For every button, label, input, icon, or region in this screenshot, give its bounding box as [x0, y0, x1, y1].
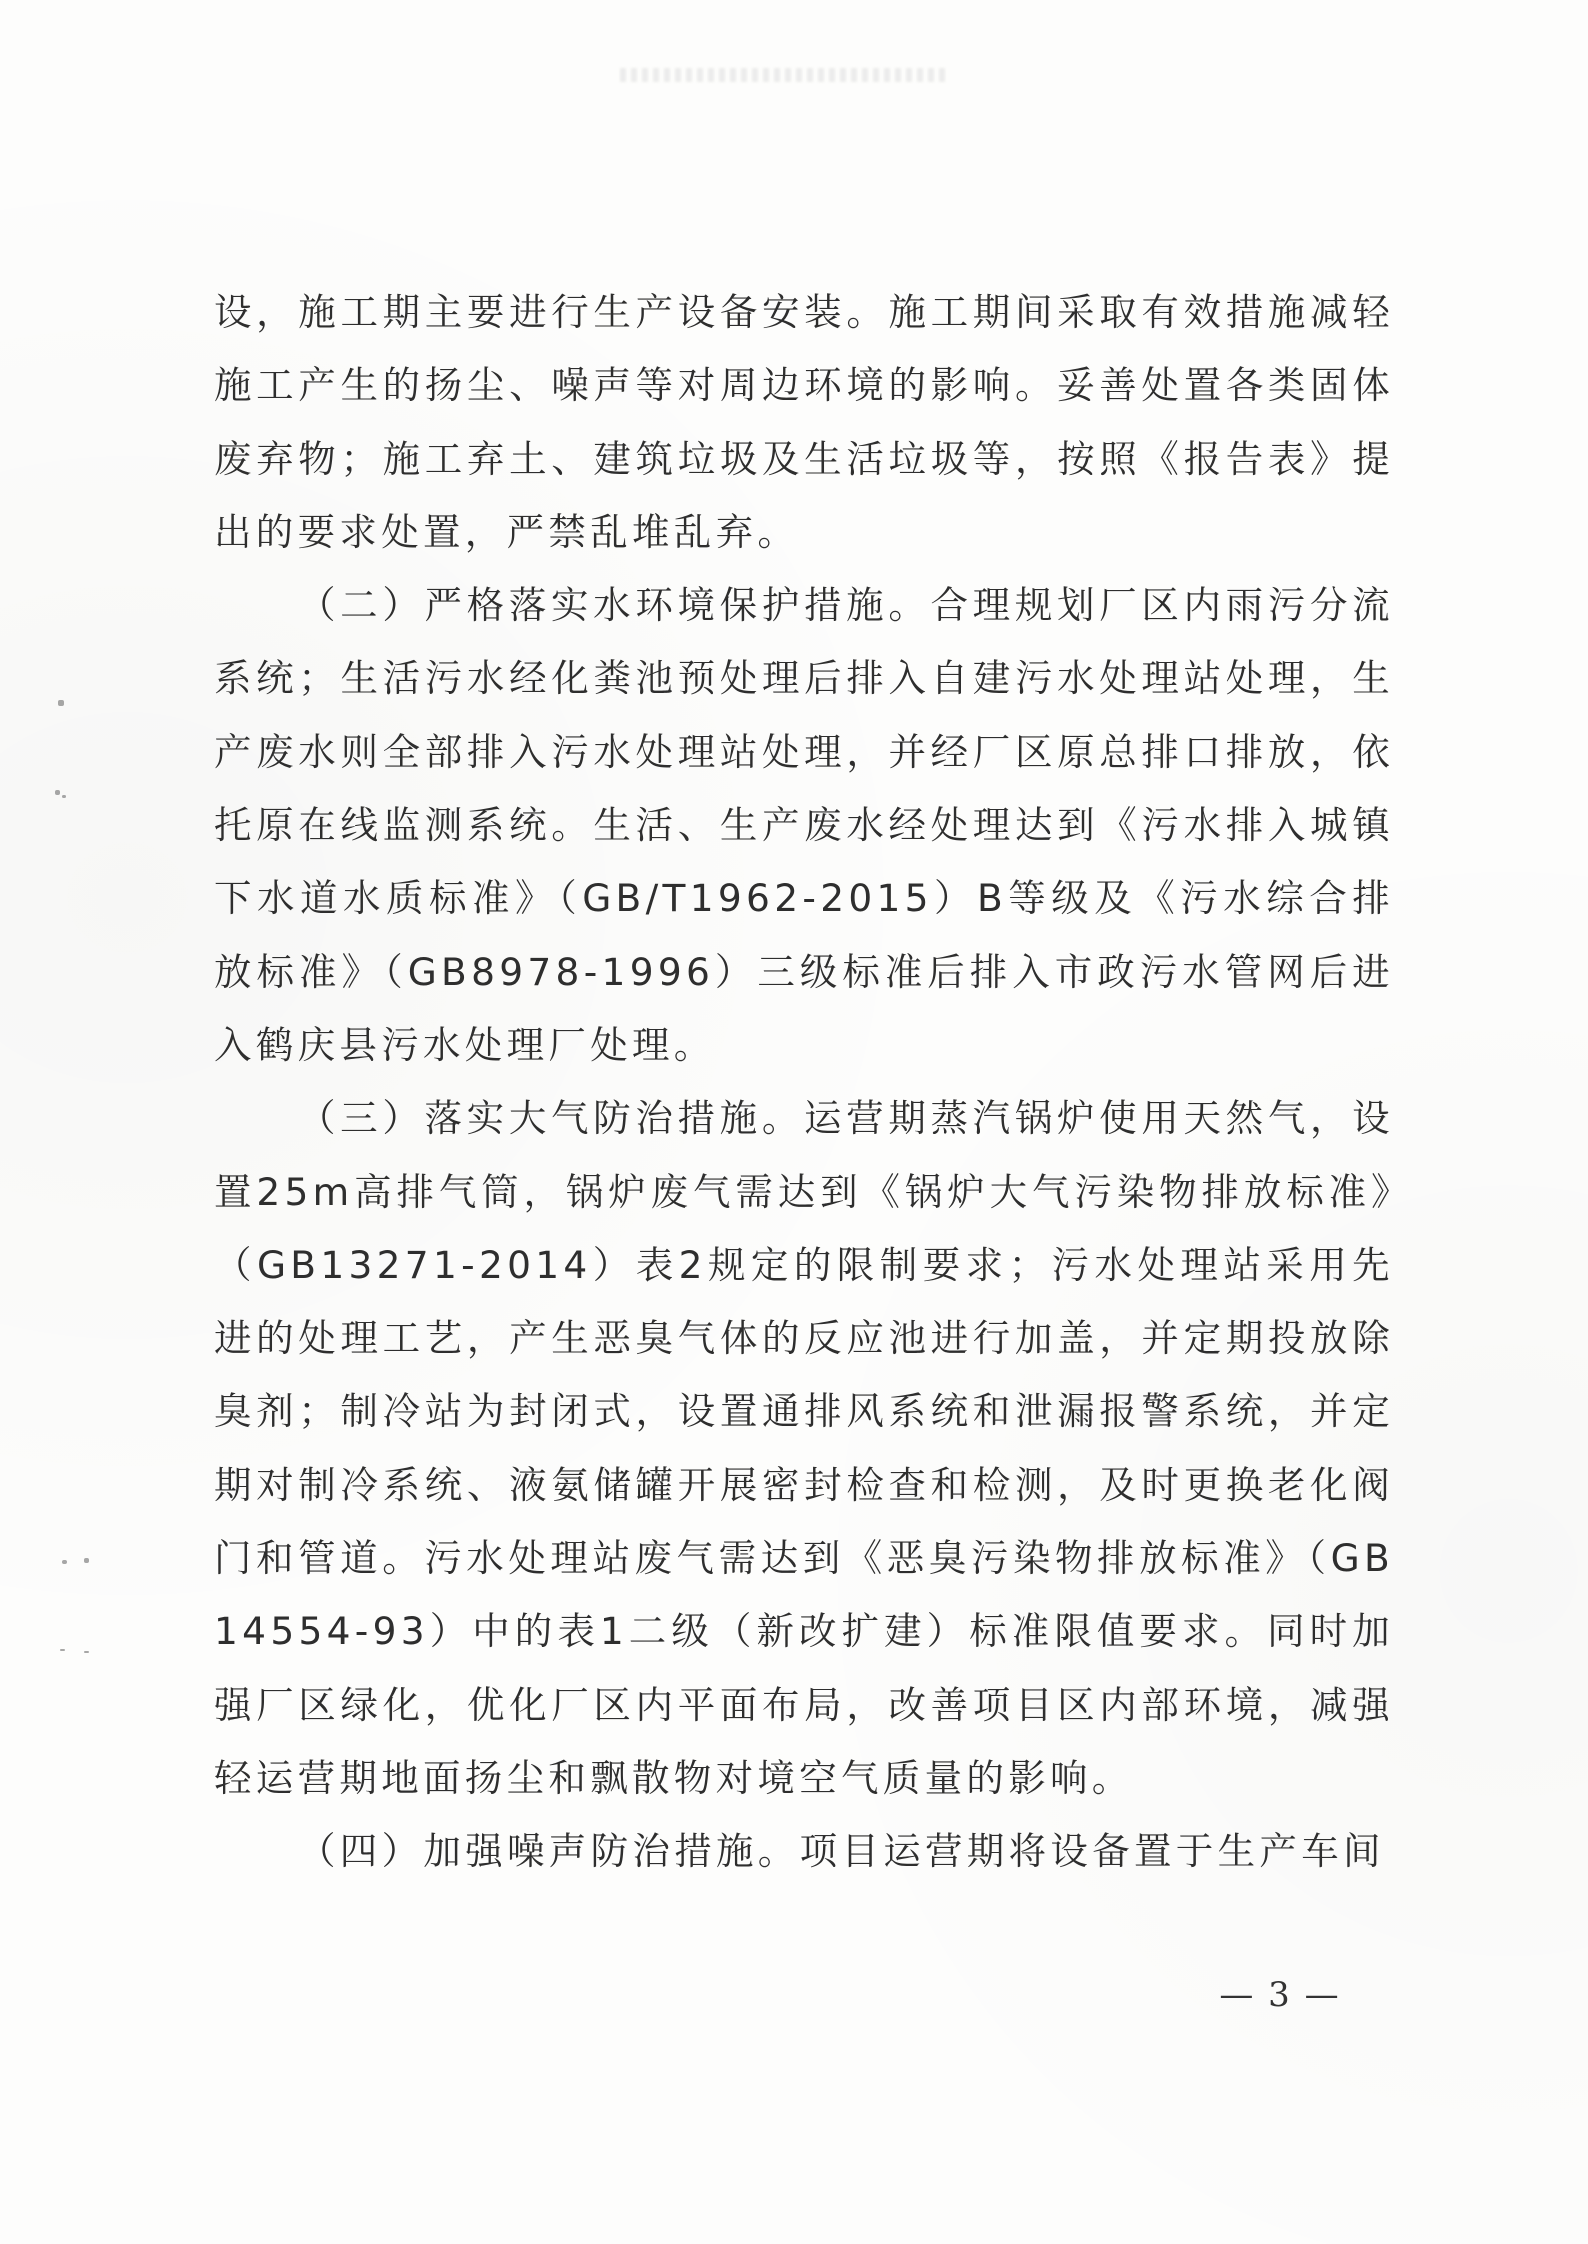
scan-speck: [60, 1649, 65, 1651]
paragraph-construction-period: 设，施工期主要进行生产设备安装。施工期间采取有效措施减轻施工产生的扬尘、噪声等对…: [214, 276, 1394, 569]
scan-speck: [84, 1651, 89, 1653]
scan-speck: [84, 1558, 89, 1563]
scan-speck: [55, 790, 60, 795]
document-body: 设，施工期主要进行生产设备安装。施工期间采取有效措施减轻施工产生的扬尘、噪声等对…: [214, 276, 1394, 1889]
document-page: 设，施工期主要进行生产设备安装。施工期间采取有效措施减轻施工产生的扬尘、噪声等对…: [0, 0, 1588, 2244]
scan-speck: [58, 700, 64, 706]
scan-speck: [62, 1560, 67, 1564]
scan-bleed-through-header: [620, 68, 950, 82]
scan-speck: [62, 795, 66, 798]
page-number: — 3 —: [1210, 1975, 1350, 2015]
paragraph-water-protection: （二）严格落实水环境保护措施。合理规划厂区内雨污分流系统；生活污水经化粪池预处理…: [214, 569, 1394, 1082]
paragraph-air-pollution: （三）落实大气防治措施。运营期蒸汽锅炉使用天然气，设置25m高排气筒，锅炉废气需…: [214, 1082, 1394, 1815]
paragraph-noise-control: （四）加强噪声防治措施。项目运营期将设备置于生产车间: [214, 1815, 1394, 1888]
